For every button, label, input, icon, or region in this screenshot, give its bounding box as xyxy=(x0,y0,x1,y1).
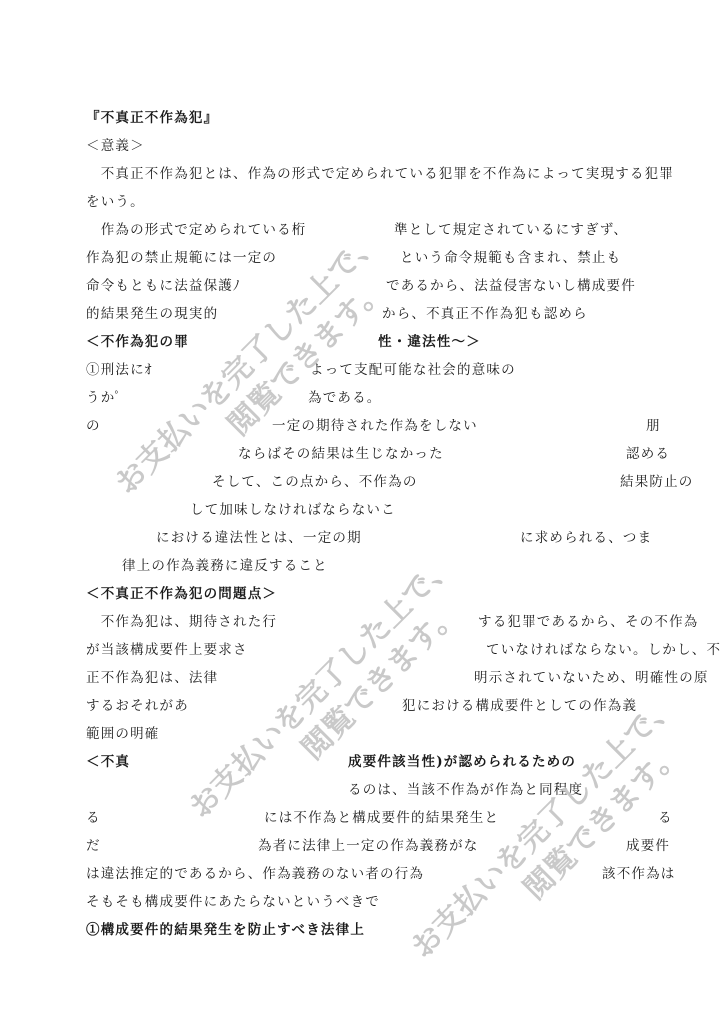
text-segment xyxy=(86,780,101,800)
text-segment: 『不真正不作為犯』 xyxy=(86,108,218,128)
text-segment: して加味しなければならないこ xyxy=(190,500,396,520)
text-segment: 正不作為犯は、法律 xyxy=(86,668,218,688)
text-segment: よって支配可能な社会的意味の xyxy=(310,360,516,380)
text-segment: ＜意義＞ xyxy=(86,136,145,156)
text-segment: 律上の作為義務に違反すること xyxy=(122,556,328,576)
text-segment: ならばその結果は生じなかった xyxy=(238,444,444,464)
text-segment: には不作為と構成要件的結果発生と xyxy=(264,808,499,828)
text-segment: 作為の形式で定められている桁 xyxy=(86,220,307,240)
watermark-line-2: 閲覧できます。 xyxy=(495,713,712,930)
text-segment: ＜不真 xyxy=(86,752,130,772)
text-segment: であるから、法益侵害ないし構成要件 xyxy=(386,276,636,296)
text-segment: る xyxy=(658,808,673,828)
text-segment: うかﾟ xyxy=(86,388,122,408)
text-segment: 結果防止の xyxy=(620,472,694,492)
text-segment: をいう。 xyxy=(86,192,145,212)
text-segment: 範囲の明確 xyxy=(86,724,160,744)
text-segment: 犯における構成要件としての作為義 xyxy=(402,696,637,716)
text-segment: 該不作為は xyxy=(602,864,676,884)
text-segment: から、不真正不作為犯も認めら xyxy=(382,304,588,324)
text-segment: 命令もともに法益保護ﾉ xyxy=(86,276,241,296)
text-segment: 性・違法性～＞ xyxy=(378,332,481,352)
text-segment: 為者に法律上一定の作為義務がな xyxy=(258,836,479,856)
text-segment: そもそも構成要件にあたらないというべきで xyxy=(86,892,380,912)
text-segment: ていなければならない。しかし、不 xyxy=(486,640,721,660)
text-segment: の xyxy=(86,416,101,436)
text-segment: ＜不真正不作為犯の問題点＞ xyxy=(86,584,277,604)
text-segment: 不作為犯は、期待された行 xyxy=(86,612,277,632)
text-segment: 一定の期待された作為をしない xyxy=(272,416,478,436)
text-segment: は違法推定的であるから、作為義務のない者の行為 xyxy=(86,864,424,884)
text-segment: に求められる、つま xyxy=(520,528,652,548)
text-segment: する犯罪であるから、その不作為 xyxy=(478,612,699,632)
text-segment: 為である。 xyxy=(308,388,382,408)
text-segment: るのは、当該不作為が作為と同程度 xyxy=(348,780,583,800)
text-segment: る xyxy=(86,808,101,828)
text-segment: そして、この点から、不作為の xyxy=(212,472,418,492)
text-segment: が当該構成要件上要求さ xyxy=(86,640,248,660)
text-segment: 準として規定されているにすぎず、 xyxy=(394,220,628,240)
text-segment: ①構成要件的結果発生を防止すべき法律上 xyxy=(86,920,365,940)
text-segment: における違法性とは、一定の期 xyxy=(156,528,362,548)
text-segment: 不真正不作為犯とは、作為の形式で定められている犯罪を不作為によって実現する犯罪 xyxy=(86,164,674,184)
text-segment: 明示されていないため、明確性の原 xyxy=(474,668,709,688)
text-segment: 作為犯の禁止規範には一定の xyxy=(86,248,277,268)
text-segment: という命令規範も含まれ、禁止も xyxy=(400,248,621,268)
text-segment: 認める xyxy=(626,444,670,464)
text-segment: するおそれがあ xyxy=(86,696,189,716)
text-segment: 成要件 xyxy=(626,836,670,856)
text-segment: 成要件該当性)が認められるための xyxy=(348,752,576,772)
text-segment: 的結果発生の現実的 xyxy=(86,304,218,324)
text-segment: ①刑法にｵ xyxy=(86,360,153,380)
text-segment: 朋 xyxy=(646,416,661,436)
text-segment: ＜不作為犯の罪 xyxy=(86,332,189,352)
document-page: 『不真正不作為犯』＜意義＞ 不真正不作為犯とは、作為の形式で定められている犯罪を… xyxy=(0,0,724,1024)
text-segment: だ xyxy=(86,836,101,856)
